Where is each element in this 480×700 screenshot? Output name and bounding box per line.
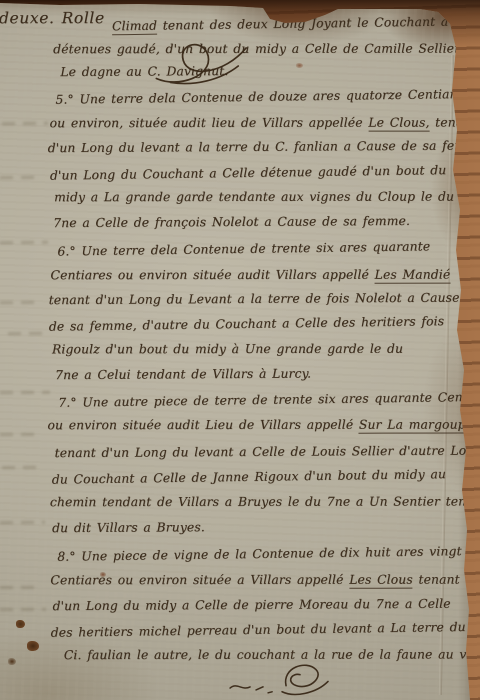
manuscript-line: du dit Villars a Bruyes. bbox=[52, 521, 205, 534]
manuscript-line: 7ne a Celui tendant de Villars à Lurcy. bbox=[55, 368, 311, 382]
closing-paraph-icon bbox=[224, 657, 344, 698]
manuscript-sheet: deuxe. Rolle Climad tenant des deux Long… bbox=[0, 0, 480, 700]
manuscript-line: 8.° Une piece de vigne de la Contenue de… bbox=[57, 545, 480, 563]
manuscript-line: Le dagne au C. Davignut. bbox=[60, 65, 228, 78]
text-segment: 5.° Une terre dela Contenue de douze are… bbox=[55, 87, 469, 107]
underlined-name: Sur La margoup bbox=[359, 418, 466, 434]
text-segment: tenant bbox=[413, 573, 460, 587]
manuscript-line: chemin tendant de Villars a Bruyes le du… bbox=[50, 495, 480, 508]
manuscript-line: Centiares ou environ située audit Villar… bbox=[51, 269, 451, 282]
manuscript-line: 7.° Une autre piece de terre de trente s… bbox=[58, 391, 480, 409]
photo-of-manuscript: deuxe. Rolle Climad tenant des deux Long… bbox=[0, 0, 480, 700]
manuscript-line: tenant d'un Long du Levant a la terre de… bbox=[49, 292, 460, 307]
text-segment: tenant d'un Long du Levant a la terre de… bbox=[49, 291, 460, 308]
manuscript-line: d'un Long du midy a Celle de pierre More… bbox=[53, 598, 451, 613]
manuscript-line: Centiares ou environ située a Villars ap… bbox=[50, 574, 459, 587]
text-segment: midy a La grande garde tendante aux vign… bbox=[54, 190, 454, 205]
manuscript-line: des heritiers michel perreau d'un bout d… bbox=[51, 621, 466, 639]
manuscript-line: 7ne a Celle de françois Nolelot a Cause … bbox=[53, 215, 410, 229]
text-segment: tenant des deux Long Joyant le Couchant … bbox=[157, 14, 480, 33]
text-segment: ou environ située audit Lieu de Villars … bbox=[47, 418, 358, 433]
underlined-name: Climad bbox=[112, 19, 157, 36]
manuscript-line: ou environ, située audit lieu de Villars… bbox=[50, 116, 477, 129]
text-segment: d'un Long du Couchant a Celle détenue ga… bbox=[50, 163, 447, 183]
text-segment: du dit Villars a Bruyes. bbox=[52, 520, 205, 535]
manuscript-line: d'un Long du Couchant a Celle détenue ga… bbox=[50, 164, 447, 182]
manuscript-line: 5.° Une terre dela Contenue de douze are… bbox=[55, 88, 469, 106]
manuscript-line: 6.° Une terre dela Contenue de trente si… bbox=[57, 240, 430, 258]
text-segment: d'un Long du midy a Celle de pierre More… bbox=[53, 597, 451, 613]
text-segment: Rigoulz d'un bout du midy à Une grande g… bbox=[52, 342, 403, 357]
text-segment: des heritiers michel perreau d'un bout d… bbox=[51, 620, 466, 640]
manuscript-line: d'un Long du levant a la terre du C. fan… bbox=[48, 139, 480, 154]
underlined-name: Les Mandié bbox=[375, 268, 451, 284]
manuscript-line: du Couchant a Celle de Janne Rigoux d'un… bbox=[52, 468, 446, 486]
text-segment: tenant d'un Long du levant a Celle de Lo… bbox=[55, 444, 480, 461]
underlined-name: Les Clous bbox=[349, 573, 413, 589]
manuscript-line: Rigoulz d'un bout du midy à Une grande g… bbox=[52, 343, 403, 356]
manuscript-line: de sa femme, d'autre du Couchant a Celle… bbox=[49, 315, 444, 333]
manuscript-line: détenues gaudé, d'un bout du midy a Cell… bbox=[53, 43, 460, 56]
text-segment: ou environ, située audit lieu de Villars… bbox=[50, 116, 369, 131]
text-segment: détenues gaudé, d'un bout du midy a Cell… bbox=[53, 42, 460, 57]
manuscript-line: ou environ située audit Lieu de Villars … bbox=[47, 419, 465, 432]
manuscript-line: midy a La grande garde tendante aux vign… bbox=[54, 191, 454, 204]
text-segment: chemin tendant de Villars a Bruyes le du… bbox=[50, 494, 480, 509]
text-segment: 6.° Une terre dela Contenue de trente si… bbox=[57, 239, 430, 258]
text-segment: 7ne a Celle de françois Nolelot a Cause … bbox=[53, 214, 410, 230]
text-segment: du Couchant a Celle de Janne Rigoux d'un… bbox=[52, 467, 446, 487]
text-segment: 7.° Une autre piece de terre de trente s… bbox=[58, 390, 480, 410]
text-segment: tenant bbox=[430, 115, 477, 129]
text-segment: 8.° Une piece de vigne de la Contenue de… bbox=[57, 544, 480, 564]
underlined-name: Le Clous, bbox=[368, 116, 429, 132]
page-header-rolle-label: deuxe. Rolle bbox=[0, 11, 105, 27]
manuscript-line: Climad tenant des deux Long Joyant le Co… bbox=[112, 15, 480, 33]
handwritten-text: deuxe. Rolle Climad tenant des deux Long… bbox=[0, 0, 480, 700]
text-segment: de sa femme, d'autre du Couchant a Celle… bbox=[49, 314, 445, 334]
text-segment: Le dagne au C. Davignut. bbox=[60, 64, 228, 79]
text-segment: d'un Long du levant a la terre du C. fan… bbox=[48, 138, 480, 155]
text-segment: Centiares ou environ située audit Villar… bbox=[51, 268, 375, 283]
header-text: deuxe. Rolle bbox=[0, 9, 105, 27]
manuscript-line: tenant d'un Long du levant a Celle de Lo… bbox=[55, 445, 480, 460]
text-segment: 7ne a Celui tendant de Villars à Lurcy. bbox=[55, 367, 311, 383]
text-segment: Centiares ou environ située a Villars ap… bbox=[50, 573, 349, 588]
